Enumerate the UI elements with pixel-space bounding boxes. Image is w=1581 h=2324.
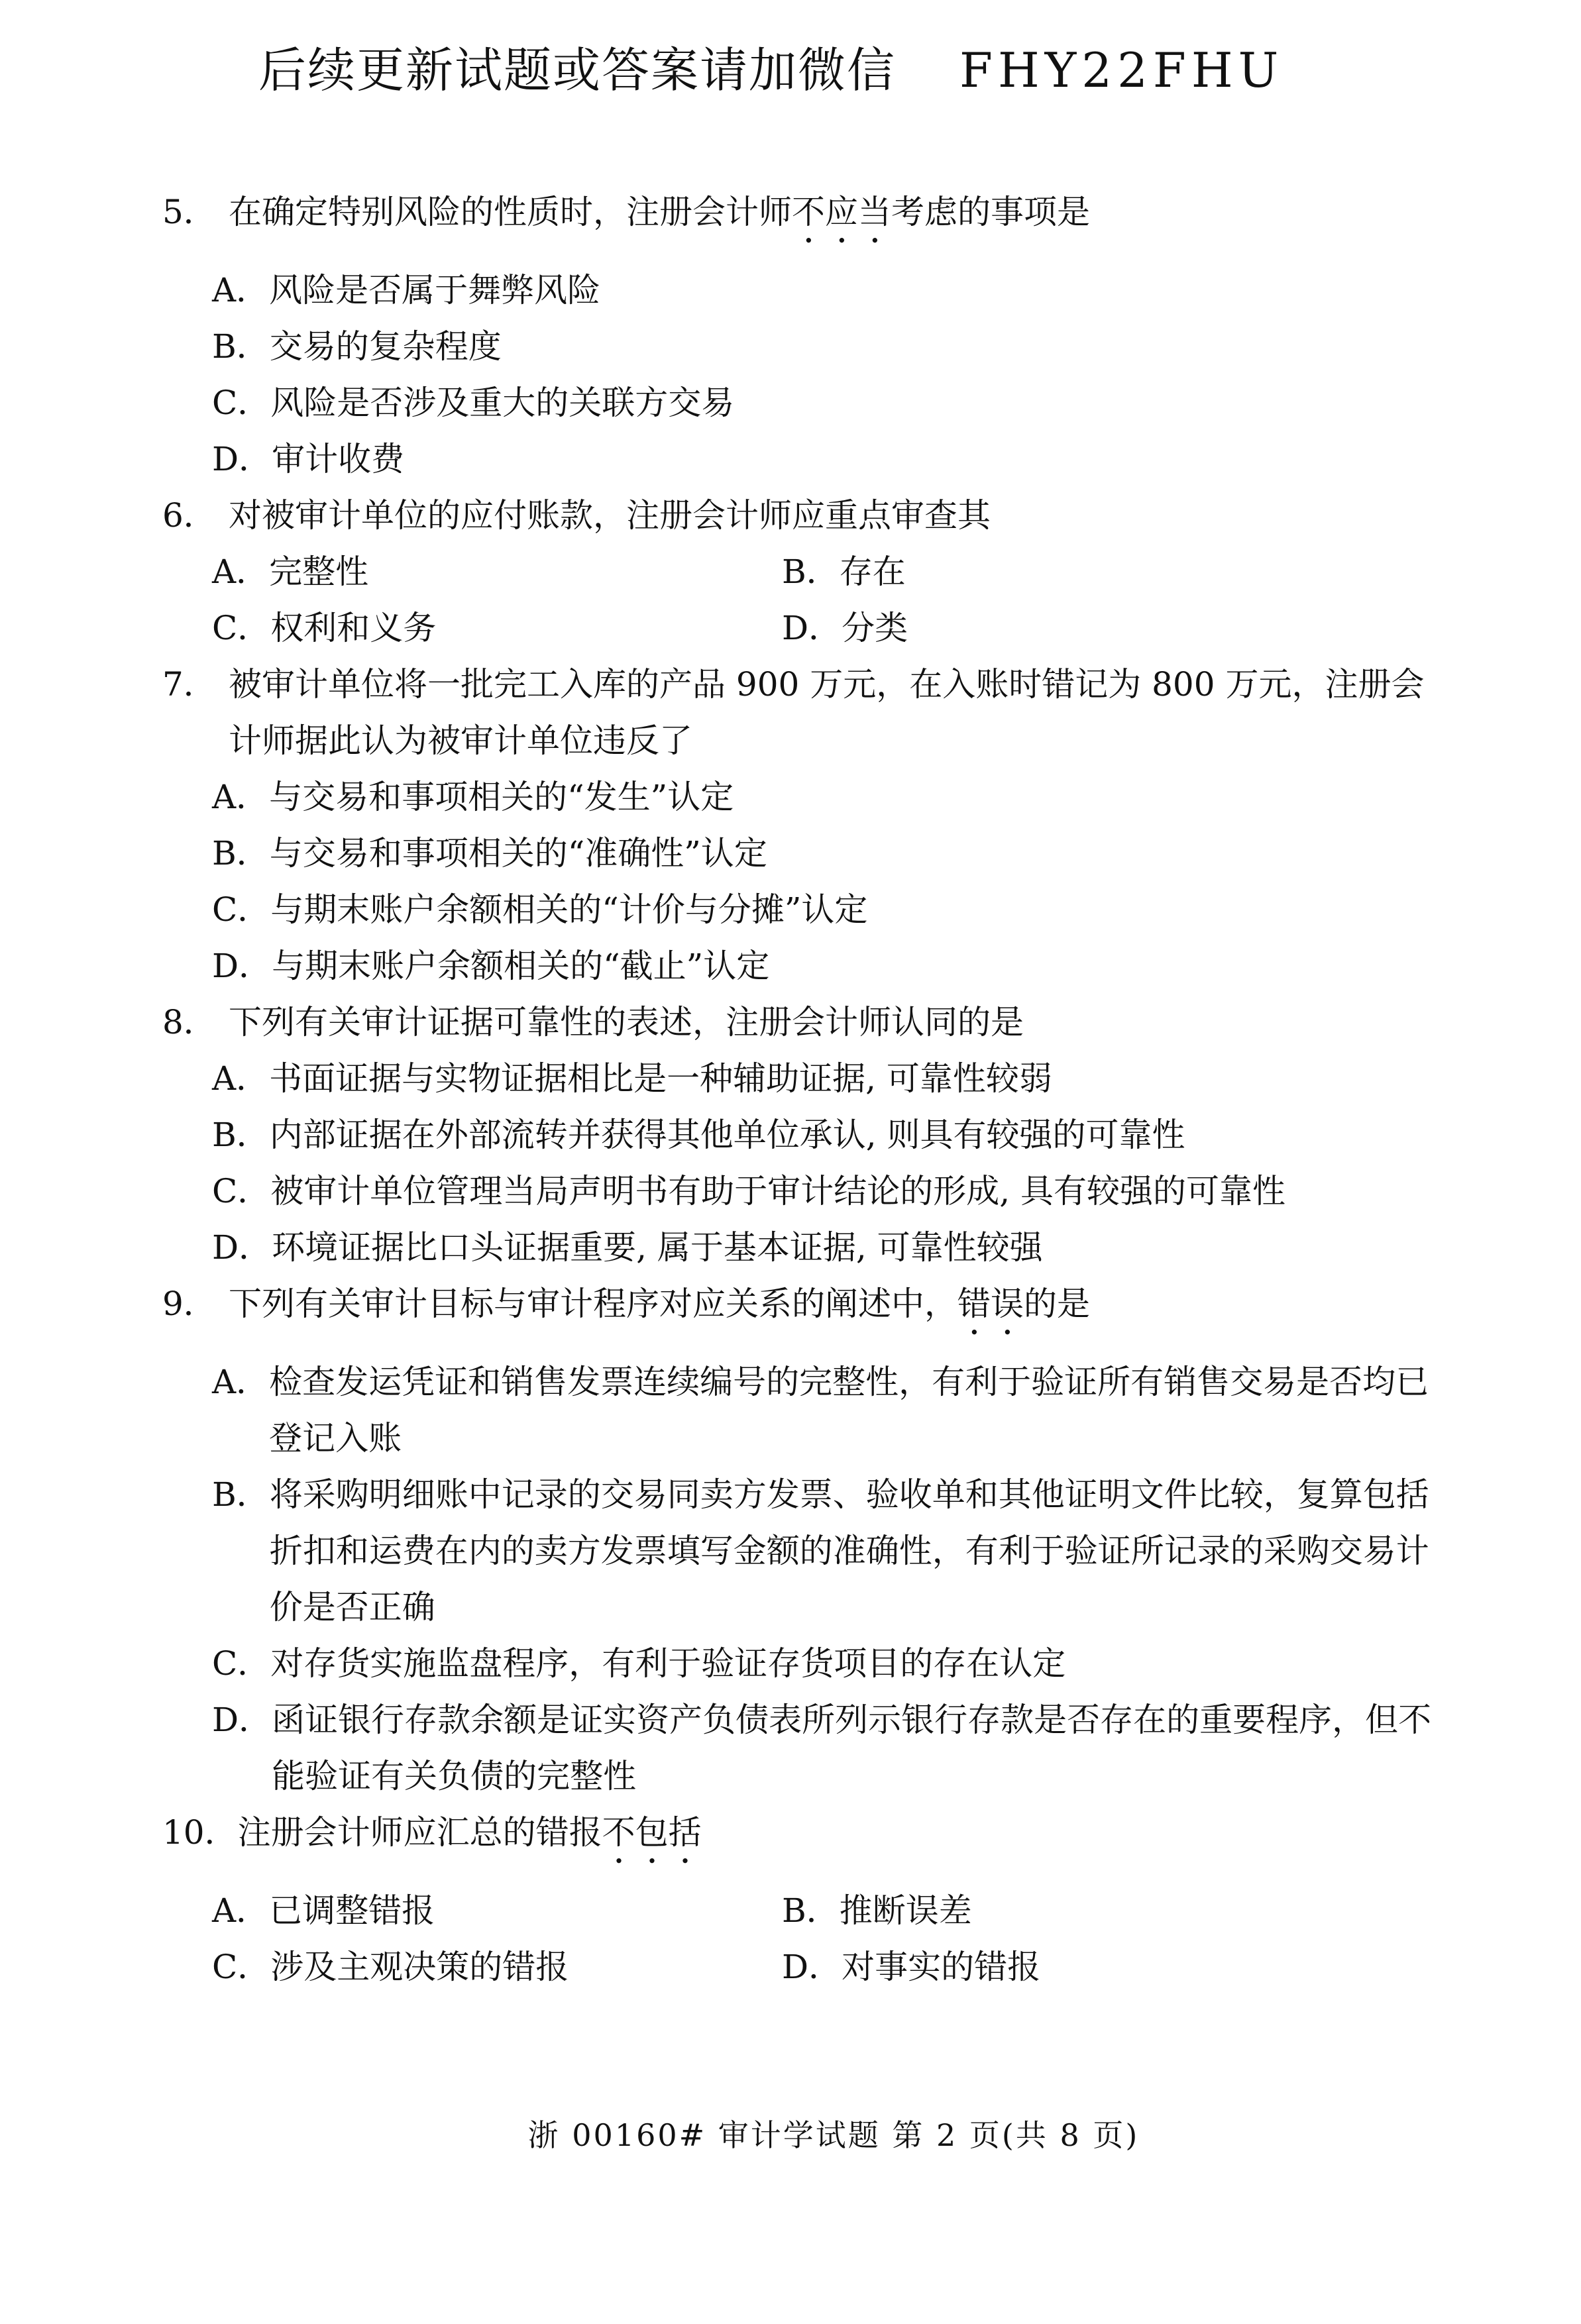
question-number: 7． (162, 657, 229, 713)
question-stem-text: 下列有关审计目标与审计程序对应关系的阐述中，错误的是 (229, 1276, 1431, 1342)
header-notice: 后续更新试题或答案请加微信 (258, 42, 896, 98)
question-8-option-d: D．环境证据比口头证据重要, 属于基本证据, 可靠性较强 (0, 1220, 1581, 1276)
option-text: 被审计单位管理当局声明书有助于审计结论的形成, 具有较强的可靠性 (270, 1163, 1437, 1220)
option-text: 对存货实施监盘程序，有利于验证存货项目的存在认定 (270, 1636, 1437, 1692)
option-text: 书面证据与实物证据相比是一种辅助证据, 可靠性较弱 (269, 1051, 1435, 1107)
option-text: 存在 (840, 544, 906, 600)
stem-emphasis: 不包括 (602, 1813, 702, 1852)
stem-part: 在确定特别风险的性质时，注册会计师 (229, 193, 792, 231)
question-7-option-c: C．与期末账户余额相关的“计价与分摊”认定 (0, 882, 1581, 938)
option-label: D． (212, 938, 272, 994)
exam-page: 后续更新试题或答案请加微信FHY22FHU 5．在确定特别风险的性质时，注册会计… (0, 0, 1581, 2324)
question-7-option-b: B．与交易和事项相关的“准确性”认定 (0, 825, 1581, 882)
option-text: 与期末账户余额相关的“截止”认定 (272, 938, 1438, 994)
option-text: 将采购明细账中记录的交易同卖方发票、验收单和其他证明文件比较，复算包括折扣和运费… (270, 1467, 1436, 1636)
question-9: 9．下列有关审计目标与审计程序对应关系的阐述中，错误的是 A．检查发运凭证和销售… (0, 1276, 1581, 1805)
question-5-option-b: B．交易的复杂程度 (0, 319, 1581, 375)
header-wechat-id: FHY22FHU (959, 42, 1283, 98)
option-label: B． (212, 1467, 270, 1523)
option-text: 推断误差 (840, 1883, 972, 1939)
option-label: C． (212, 882, 270, 938)
option-text: 与期末账户余额相关的“计价与分摊”认定 (270, 882, 1437, 938)
stem-emphasis: 错误 (957, 1285, 1024, 1323)
option-label: D． (212, 1692, 272, 1748)
question-number: 8． (162, 994, 229, 1051)
option-text: 分类 (842, 600, 908, 657)
question-number: 6． (162, 488, 229, 544)
question-7-option-a: A．与交易和事项相关的“发生”认定 (0, 769, 1581, 825)
option-text: 风险是否属于舞弊风险 (269, 262, 1435, 319)
option-label: A． (212, 1354, 269, 1410)
question-6-option-b: B．存在 (782, 544, 1352, 600)
option-label: C． (212, 1939, 270, 1995)
option-label: B． (212, 1107, 270, 1163)
option-text: 与交易和事项相关的“准确性”认定 (270, 825, 1436, 882)
question-6-options-row-2: C．权利和义务 D．分类 (0, 600, 1581, 657)
option-label: D． (782, 1939, 842, 1995)
question-7: 7．被审计单位将一批完工入库的产品 900 万元，在入账时错记为 800 万元，… (0, 657, 1581, 994)
stem-part: 被审计单位将一批完工入库的产品 900 万元，在入账时错记为 800 万元，注册… (229, 665, 1424, 760)
question-8-option-c: C．被审计单位管理当局声明书有助于审计结论的形成, 具有较强的可靠性 (0, 1163, 1581, 1220)
stem-part: 下列有关审计目标与审计程序对应关系的阐述中， (229, 1285, 957, 1323)
option-label: B． (782, 1883, 840, 1939)
option-label: A． (212, 1883, 269, 1939)
option-label: B． (212, 825, 270, 882)
question-6-stem: 6．对被审计单位的应付账款，注册会计师应重点审查其 (0, 488, 1581, 544)
question-10-option-c: C．涉及主观决策的错报 (212, 1939, 782, 1995)
question-10-option-b: B．推断误差 (782, 1883, 1352, 1939)
question-10-options-row-1: A．已调整错报 B．推断误差 (0, 1883, 1581, 1939)
question-10-stem: 10．注册会计师应汇总的错报不包括 (0, 1805, 1581, 1871)
page-footer: 浙 00160# 审计学试题 第 2 页(共 8 页) (0, 2115, 1581, 2155)
question-list: 5．在确定特别风险的性质时，注册会计师不应当考虑的事项是 A．风险是否属于舞弊风… (0, 184, 1581, 1995)
question-5-stem: 5．在确定特别风险的性质时，注册会计师不应当考虑的事项是 (0, 184, 1581, 250)
option-label: B． (782, 544, 840, 600)
option-label: D． (782, 600, 842, 657)
stem-part: 对被审计单位的应付账款，注册会计师应重点审查其 (229, 496, 991, 535)
stem-part: 考虑的事项是 (891, 193, 1090, 231)
question-stem-text: 下列有关审计证据可靠性的表述，注册会计师认同的是 (229, 994, 1431, 1051)
question-8-option-a: A．书面证据与实物证据相比是一种辅助证据, 可靠性较弱 (0, 1051, 1581, 1107)
question-number: 9． (162, 1276, 229, 1332)
option-label: D． (212, 1220, 272, 1276)
question-7-stem: 7．被审计单位将一批完工入库的产品 900 万元，在入账时错记为 800 万元，… (0, 657, 1581, 769)
question-number: 5． (162, 184, 229, 240)
option-label: A． (212, 544, 269, 600)
page-header: 后续更新试题或答案请加微信FHY22FHU (258, 30, 1283, 110)
option-text: 交易的复杂程度 (270, 319, 1436, 375)
question-9-option-a: A．检查发运凭证和销售发票连续编号的完整性，有利于验证所有销售交易是否均已登记入… (0, 1354, 1581, 1467)
question-5: 5．在确定特别风险的性质时，注册会计师不应当考虑的事项是 A．风险是否属于舞弊风… (0, 184, 1581, 488)
option-text: 完整性 (269, 544, 368, 600)
option-text: 内部证据在外部流转并获得其他单位承认, 则具有较强的可靠性 (270, 1107, 1436, 1163)
option-label: A． (212, 262, 269, 319)
question-6-options-row-1: A．完整性 B．存在 (0, 544, 1581, 600)
option-text: 风险是否涉及重大的关联方交易 (270, 375, 1437, 431)
option-label: C． (212, 1636, 270, 1692)
option-text: 与交易和事项相关的“发生”认定 (269, 769, 1435, 825)
question-9-option-d: D．函证银行存款余额是证实资产负债表所列示银行存款是否存在的重要程序，但不能验证… (0, 1692, 1581, 1805)
question-10-options-row-2: C．涉及主观决策的错报 D．对事实的错报 (0, 1939, 1581, 1995)
option-label: B． (212, 319, 270, 375)
question-9-stem: 9．下列有关审计目标与审计程序对应关系的阐述中，错误的是 (0, 1276, 1581, 1342)
option-label: C． (212, 1163, 270, 1220)
question-5-option-d: D．审计收费 (0, 431, 1581, 488)
question-stem-text: 对被审计单位的应付账款，注册会计师应重点审查其 (229, 488, 1431, 544)
question-6-option-a: A．完整性 (212, 544, 782, 600)
option-label: A． (212, 769, 269, 825)
question-5-option-c: C．风险是否涉及重大的关联方交易 (0, 375, 1581, 431)
option-label: A． (212, 1051, 269, 1107)
question-stem-text: 被审计单位将一批完工入库的产品 900 万元，在入账时错记为 800 万元，注册… (229, 657, 1431, 769)
question-7-option-d: D．与期末账户余额相关的“截止”认定 (0, 938, 1581, 994)
question-5-option-a: A．风险是否属于舞弊风险 (0, 262, 1581, 319)
stem-part: 注册会计师应汇总的错报 (238, 1813, 602, 1852)
option-text: 审计收费 (272, 431, 1438, 488)
question-8: 8．下列有关审计证据可靠性的表述，注册会计师认同的是 A．书面证据与实物证据相比… (0, 994, 1581, 1276)
question-stem-text: 注册会计师应汇总的错报不包括 (238, 1805, 1441, 1871)
option-text: 对事实的错报 (842, 1939, 1040, 1995)
question-6-option-d: D．分类 (782, 600, 1352, 657)
question-8-stem: 8．下列有关审计证据可靠性的表述，注册会计师认同的是 (0, 994, 1581, 1051)
question-9-option-c: C．对存货实施监盘程序，有利于验证存货项目的存在认定 (0, 1636, 1581, 1692)
question-number: 10． (162, 1805, 238, 1861)
question-10-option-d: D．对事实的错报 (782, 1939, 1352, 1995)
option-text: 权利和义务 (270, 600, 436, 657)
question-6: 6．对被审计单位的应付账款，注册会计师应重点审查其 A．完整性 B．存在 C．权… (0, 488, 1581, 657)
option-label: C． (212, 375, 270, 431)
question-stem-text: 在确定特别风险的性质时，注册会计师不应当考虑的事项是 (229, 184, 1431, 250)
question-8-option-b: B．内部证据在外部流转并获得其他单位承认, 则具有较强的可靠性 (0, 1107, 1581, 1163)
option-label: D． (212, 431, 272, 488)
question-6-option-c: C．权利和义务 (212, 600, 782, 657)
stem-emphasis: 不应当 (792, 193, 891, 231)
option-text: 函证银行存款余额是证实资产负债表所列示银行存款是否存在的重要程序，但不能验证有关… (272, 1692, 1438, 1805)
option-text: 涉及主观决策的错报 (270, 1939, 569, 1995)
stem-part: 的是 (1024, 1285, 1090, 1323)
question-9-option-b: B．将采购明细账中记录的交易同卖方发票、验收单和其他证明文件比较，复算包括折扣和… (0, 1467, 1581, 1636)
option-text: 检查发运凭证和销售发票连续编号的完整性，有利于验证所有销售交易是否均已登记入账 (269, 1354, 1435, 1467)
question-10-option-a: A．已调整错报 (212, 1883, 782, 1939)
stem-part: 下列有关审计证据可靠性的表述，注册会计师认同的是 (229, 1003, 1024, 1041)
question-10: 10．注册会计师应汇总的错报不包括 A．已调整错报 B．推断误差 C．涉及主观决… (0, 1805, 1581, 1995)
option-text: 环境证据比口头证据重要, 属于基本证据, 可靠性较强 (272, 1220, 1438, 1276)
option-label: C． (212, 600, 270, 657)
option-text: 已调整错报 (269, 1883, 435, 1939)
